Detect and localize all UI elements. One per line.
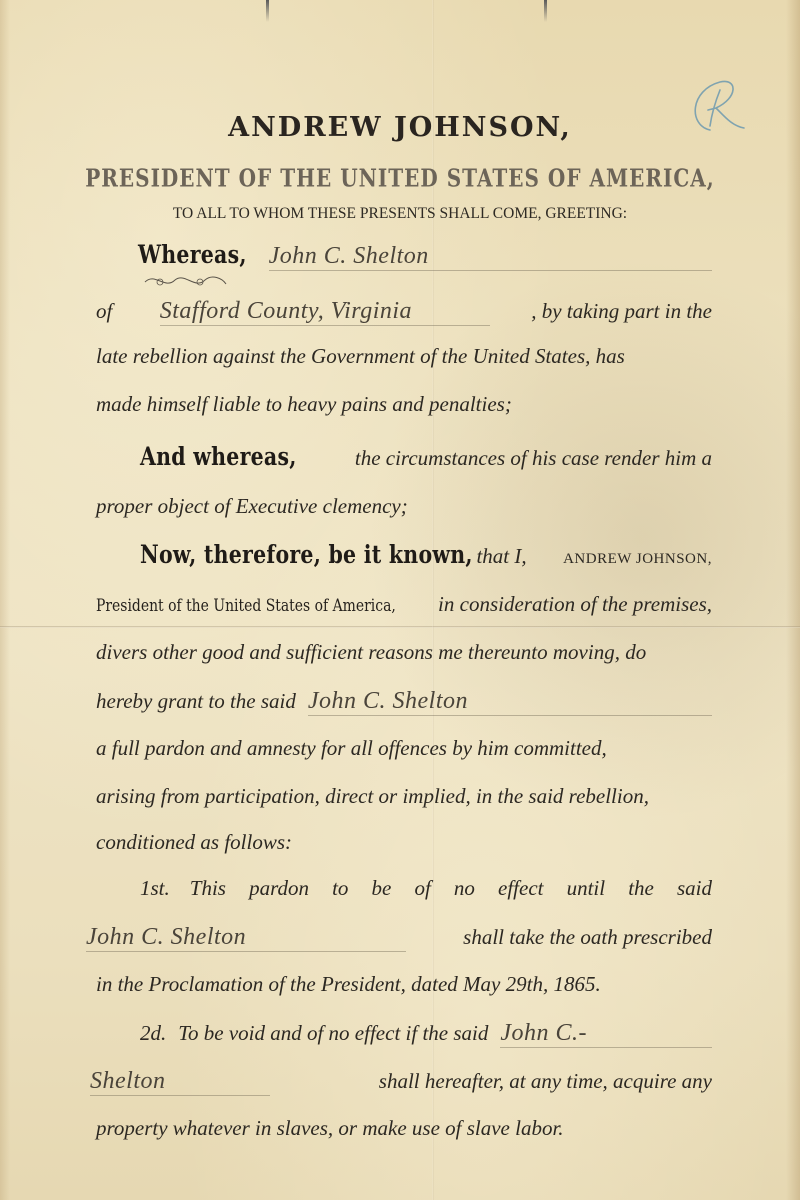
flourish-ornament-icon: [140, 270, 230, 292]
line8-rest: in consideration of the premises,: [438, 592, 712, 617]
grantee-name-field-2: John C. Shelton: [308, 688, 712, 716]
condition-1-line-3: in the Proclamation of the President, da…: [96, 972, 712, 997]
condition-2-name-field-1: John C.-: [500, 1020, 712, 1048]
body-line-3: late rebellion against the Government of…: [96, 344, 712, 369]
condition-2-text-after: shall hereafter, at any time, acquire an…: [379, 1069, 712, 1094]
tack-mark-right: [544, 0, 547, 22]
grantee-name: John C. Shelton: [269, 243, 429, 269]
body-line-9: divers other good and sufficient reasons…: [96, 640, 712, 665]
and-whereas-label: And whereas,: [140, 442, 271, 471]
president-of-usa: President of the United States of Americ…: [96, 596, 342, 616]
line10-start: hereby grant to the said: [96, 689, 296, 714]
condition-2-line-3: property whatever in slaves, or make use…: [96, 1116, 712, 1141]
condition-1-text-after: shall take the oath prescribed: [463, 925, 712, 950]
body-line-11: a full pardon and amnesty for all offenc…: [96, 736, 712, 761]
document-page: ANDREW JOHNSON, PRESIDENT OF THE UNITED …: [0, 0, 800, 1200]
grantee-name-2: John C. Shelton: [308, 688, 468, 714]
tack-mark-left: [266, 0, 269, 22]
line2-rest: , by taking part in the: [531, 299, 712, 324]
condition-2-name-field-2: Shelton: [90, 1068, 270, 1096]
horizontal-fold-line: [0, 626, 800, 628]
whereas-label: Whereas,: [138, 240, 247, 269]
condition-2-line-1: 2d. To be void and of no effect if the s…: [140, 1020, 712, 1048]
header-title: ANDREW JOHNSON,: [0, 112, 800, 143]
body-line-4: made himself liable to heavy pains and p…: [96, 392, 712, 417]
and-whereas-line: And whereas, the circumstances of his ca…: [140, 442, 712, 471]
body-line-12: arising from participation, direct or im…: [96, 784, 712, 809]
now-therefore-label: Now, therefore, be it known,: [140, 540, 386, 569]
now-therefore-line: Now, therefore, be it known, that I, AND…: [140, 540, 712, 569]
body-line-6: proper object of Executive clemency;: [96, 494, 712, 519]
condition-2-text-start: To be void and of no effect if the said: [178, 1021, 488, 1046]
body-line-2: of Stafford County, Virginia , by taking…: [96, 298, 712, 326]
header-greeting: TO ALL TO WHOM THESE PRESENTS SHALL COME…: [0, 205, 800, 223]
condition-1-number: 1st.: [140, 876, 170, 901]
body-line-8: President of the United States of Americ…: [96, 592, 712, 617]
condition-2-line-2: Shelton shall hereafter, at any time, ac…: [90, 1068, 712, 1096]
condition-1-name: John C. Shelton: [86, 924, 246, 950]
condition-1-text-start: This pardon to be of no effect until the…: [190, 876, 712, 901]
whereas-line: Whereas, John C. Shelton: [138, 240, 712, 271]
grantee-name-field: John C. Shelton: [269, 243, 712, 271]
condition-1-line-1: 1st. This pardon to be of no effect unti…: [140, 876, 712, 901]
condition-2-name-part2: Shelton: [90, 1068, 166, 1094]
that-i: that I,: [476, 544, 526, 569]
residence: Stafford County, Virginia: [160, 298, 412, 324]
body-line-10: hereby grant to the said John C. Shelton: [96, 688, 712, 716]
condition-2-number: 2d.: [140, 1021, 166, 1046]
residence-field: Stafford County, Virginia: [160, 298, 490, 326]
body-line-13: conditioned as follows:: [96, 830, 712, 855]
condition-2-name-part1: John C.-: [500, 1020, 587, 1046]
header-subtitle: PRESIDENT OF THE UNITED STATES OF AMERIC…: [0, 164, 800, 193]
condition-1-name-field: John C. Shelton: [86, 924, 406, 952]
condition-1-line-2: John C. Shelton shall take the oath pres…: [86, 924, 712, 952]
line5-rest: the circumstances of his case render him…: [355, 446, 712, 471]
andrew-johnson-name: ANDREW JOHNSON,: [563, 551, 712, 568]
